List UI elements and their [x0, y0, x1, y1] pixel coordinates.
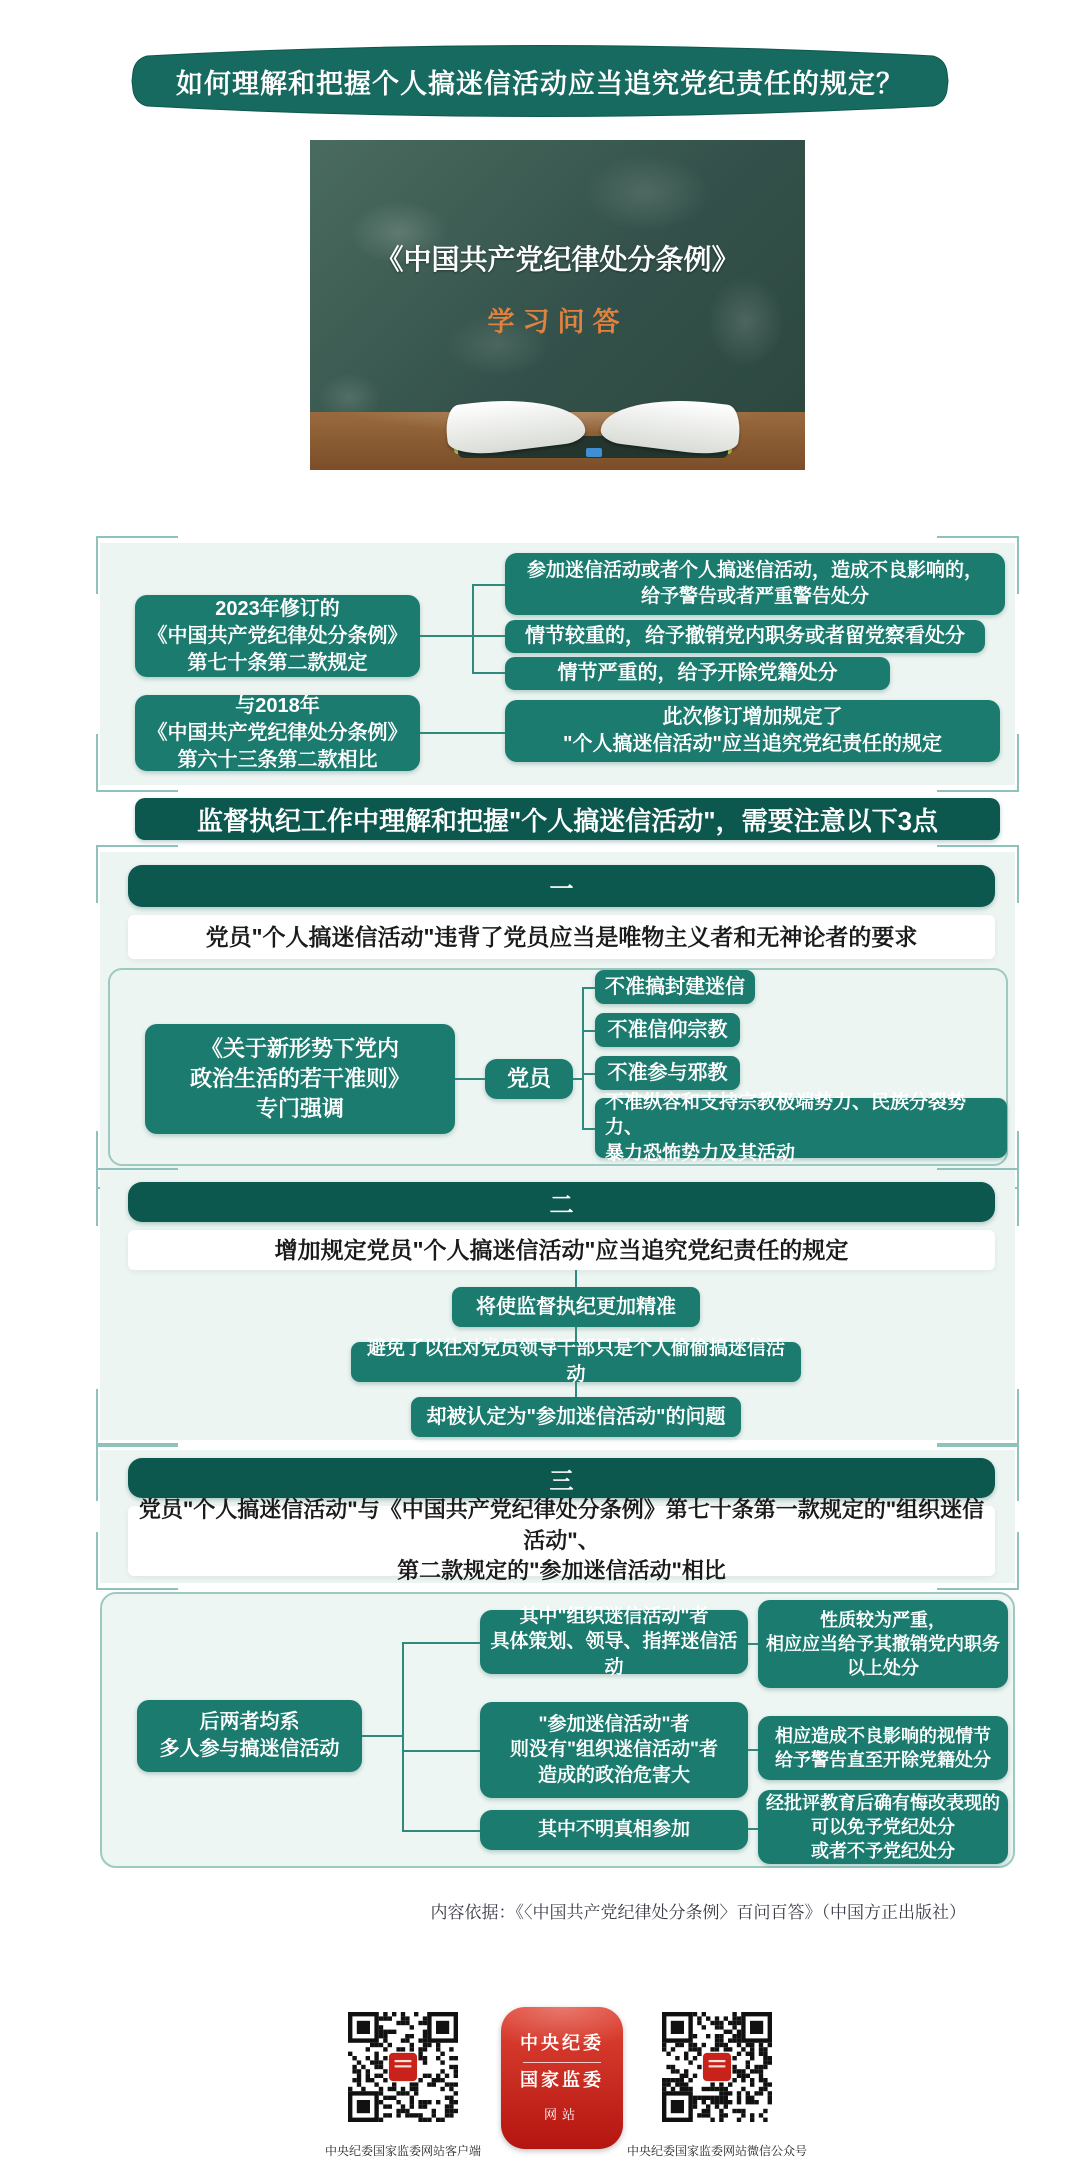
connector [748, 1643, 758, 1645]
cover-title: 《中国共产党纪律处分条例》 [310, 238, 805, 278]
connector [362, 1735, 402, 1737]
section-point-3: 三 党员"个人搞迷信活动"与《中国共产党纪律处分条例》第七十条第一款规定的"组织… [100, 1450, 1015, 1583]
box-organizer-sanction: 性质较为严重， 相应应当给予其撤销党内职务 以上处分 [758, 1600, 1008, 1688]
box-participant-sanction: 相应造成不良影响的视情节 给予警告直至开除党籍处分 [758, 1716, 1008, 1780]
connector [748, 1749, 758, 1751]
connector [582, 1128, 595, 1130]
cover-subtitle: 学习问答 [310, 300, 805, 339]
connector [420, 635, 472, 637]
divider [523, 2062, 601, 2063]
section-regulation: 2023年修订的 《中国共产党纪律处分条例》 第七十条第二款规定 参加迷信活动或… [100, 543, 1015, 785]
point-1-number: 一 [128, 865, 995, 907]
qr-left-caption: 中央纪委国家监委网站客户端 [293, 2142, 513, 2159]
connector [582, 1073, 595, 1075]
box-misidentified-problem: 却被认定为"参加迷信活动"的问题 [411, 1397, 741, 1437]
point-2-number: 二 [128, 1182, 995, 1222]
connector [575, 1382, 577, 1397]
connector [420, 732, 505, 734]
section-point-1: 一 党员"个人搞迷信活动"违背了党员应当是唯物主义者和无神论者的要求 《关于新形… [100, 852, 1015, 1182]
box-unaware-participants: 其中不明真相参加 [480, 1810, 748, 1850]
box-no-religion: 不准信仰宗教 [595, 1013, 740, 1047]
connector [582, 987, 595, 989]
connector [582, 1030, 595, 1032]
box-organizers: 其中"组织迷信活动"者 具体策划、领导、指挥迷信活动 [480, 1610, 748, 1674]
connector [455, 1078, 485, 1080]
connector [402, 1830, 480, 1832]
qr-code-wechat [662, 2012, 772, 2122]
corner-bracket [937, 1389, 1019, 1447]
box-warning-sanction: 参加迷信活动或者个人搞迷信活动，造成不良影响的， 给予警告或者严重警告处分 [505, 553, 1005, 615]
open-book-illustration [428, 384, 758, 470]
box-no-extremism: 不准纵容和支持宗教极端势力、民族分裂势力、 暴力恐怖势力及其活动 [595, 1098, 1007, 1158]
box-serious-sanction: 情节较重的，给予撤销党内职务或者留党察看处分 [505, 620, 985, 653]
connector [582, 987, 584, 1128]
corner-bracket [96, 536, 178, 594]
page-title: 如何理解和把握个人搞迷信活动应当追究党纪责任的规定？ [129, 40, 951, 122]
connector [472, 584, 474, 674]
box-no-feudal-superstition: 不准搞封建迷信 [595, 970, 755, 1004]
point-3-flowchart: 后两者均系 多人参与搞迷信活动 其中"组织迷信活动"者 具体策划、领导、指挥迷信… [100, 1592, 1015, 1868]
box-precise-supervision: 将使监督执纪更加精准 [452, 1287, 700, 1327]
title-ribbon: 如何理解和把握个人搞迷信活动应当追究党纪责任的规定？ [129, 40, 951, 122]
connector [472, 635, 505, 637]
qr-right-caption: 中央纪委国家监委网站微信公众号 [607, 2142, 827, 2159]
corner-bracket [96, 1389, 178, 1447]
point-3-number: 三 [128, 1458, 995, 1498]
box-avoid-past-problem: 避免了以往对党员领导干部只是个人偷偷搞迷信活动 [351, 1342, 801, 1382]
box-guidelines: 《关于新形势下党内 政治生活的若干准则》 专门强调 [145, 1024, 455, 1134]
qr-code-app [348, 2012, 458, 2122]
connector [472, 584, 505, 586]
app-logo-line3: 网站 [544, 2104, 580, 2123]
book-clip [586, 448, 602, 457]
connector [402, 1750, 480, 1752]
box-participants: "参加迷信活动"者 则没有"组织迷信活动"者 造成的政治危害大 [480, 1702, 748, 1798]
connector [472, 672, 505, 674]
source-note: 内容依据：《〈中国共产党纪律处分条例〉百问百答》（中国方正出版社） [400, 1898, 966, 1923]
box-2023-regulation: 2023年修订的 《中国共产党纪律处分条例》 第七十条第二款规定 [135, 595, 420, 677]
box-party-member: 党员 [485, 1059, 573, 1099]
box-2018-regulation: 与2018年 《中国共产党纪律处分条例》 第六十三条第二款相比 [135, 695, 420, 771]
section-point-2: 二 增加规定党员"个人搞迷信活动"应当追究党纪责任的规定 将使监督执纪更加精准 … [100, 1175, 1015, 1440]
app-logo-line2: 国家监委 [520, 2070, 604, 2092]
box-no-cult: 不准参与邪教 [595, 1056, 740, 1090]
app-logo-line1: 中央纪委 [520, 2033, 604, 2055]
box-both-group-activities: 后两者均系 多人参与搞迷信活动 [137, 1700, 362, 1772]
point-1-lead: 党员"个人搞迷信活动"违背了党员应当是唯物主义者和无神论者的要求 [128, 915, 995, 959]
infographic-page: 如何理解和把握个人搞迷信活动应当追究党纪责任的规定？ 《中国共产党纪律处分条例》… [0, 0, 1080, 2162]
box-expel-sanction: 情节严重的，给予开除党籍处分 [505, 657, 890, 690]
box-revision-added: 此次修订增加规定了 "个人搞迷信活动"应当追究党纪责任的规定 [505, 700, 1000, 762]
point-3-lead: 党员"个人搞迷信活动"与《中国共产党纪律处分条例》第七十条第一款规定的"组织迷信… [128, 1506, 995, 1576]
connector [575, 1270, 577, 1287]
connector [402, 1642, 480, 1644]
cover-image: 《中国共产党纪律处分条例》 学习问答 [310, 140, 805, 470]
app-logo: 中央纪委 国家监委 网站 [501, 2007, 623, 2149]
point-2-lead: 增加规定党员"个人搞迷信活动"应当追究党纪责任的规定 [128, 1230, 995, 1270]
section-banner: 监督执纪工作中理解和把握"个人搞迷信活动"，需要注意以下3点 [135, 798, 1000, 840]
connector [748, 1828, 758, 1830]
box-exemption: 经批评教育后确有悔改表现的 可以免予党纪处分 或者不予党纪处分 [758, 1790, 1008, 1864]
connector [573, 1078, 582, 1080]
connector [402, 1642, 404, 1830]
